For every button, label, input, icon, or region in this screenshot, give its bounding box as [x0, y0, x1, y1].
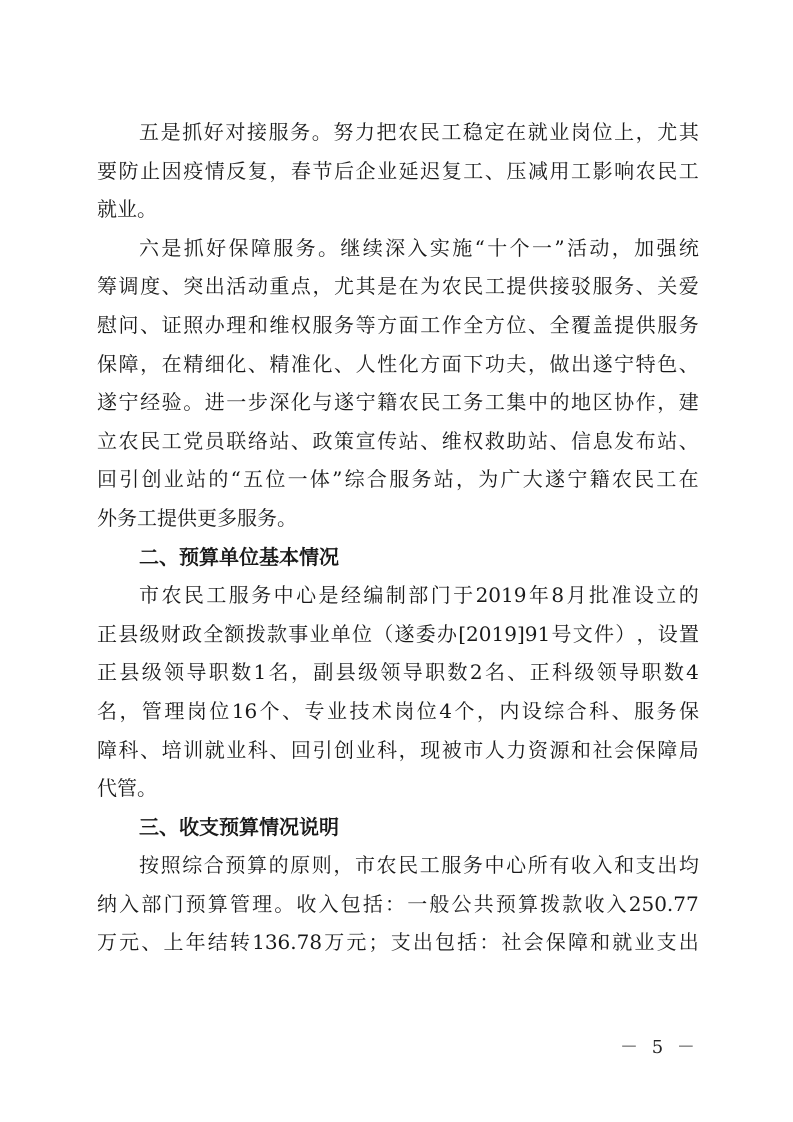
- section-heading-2: 二、预算单位基本情况: [97, 538, 699, 577]
- text-line: 名，管理岗位16个、专业技术岗位4个，内设综合科、服务保: [97, 692, 699, 731]
- paragraph-item-6-services-support: 六是抓好保障服务。继续深入实施“十个一”活动，加强统 筹调度、突出活动重点，尤其…: [97, 229, 699, 538]
- text-line: 市农民工服务中心是经编制部门于2019年8月批准设立的: [97, 576, 699, 615]
- text-line: 外务工提供更多服务。: [97, 499, 699, 538]
- text-line: 筹调度、突出活动重点，尤其是在为农民工提供接驳服务、关爱: [97, 267, 699, 306]
- text-line: 立农民工党员联络站、政策宣传站、维权救助站、信息发布站、: [97, 422, 699, 461]
- text-line: 万元、上年结转136.78万元；支出包括：社会保障和就业支出: [97, 923, 699, 962]
- section-heading-3: 三、收支预算情况说明: [97, 808, 699, 847]
- paragraph-item-5-services-connection: 五是抓好对接服务。努力把农民工稳定在就业岗位上，尤其 要防止因疫情反复，春节后企…: [97, 113, 699, 229]
- paragraph-unit-basic-info: 市农民工服务中心是经编制部门于2019年8月批准设立的 正县级财政全额拨款事业单…: [97, 576, 699, 808]
- text-line: 遂宁经验。进一步深化与遂宁籍农民工务工集中的地区协作，建: [97, 383, 699, 422]
- page-number: － 5 －: [620, 1033, 699, 1059]
- paragraph-budget-description: 按照综合预算的原则，市农民工服务中心所有收入和支出均 纳入部门预算管理。收入包括…: [97, 846, 699, 962]
- text-line: 代管。: [97, 769, 699, 808]
- text-line: 五是抓好对接服务。努力把农民工稳定在就业岗位上，尤其: [97, 113, 699, 152]
- text-line: 按照综合预算的原则，市农民工服务中心所有收入和支出均: [97, 846, 699, 885]
- text-line: 障科、培训就业科、回引创业科，现被市人力资源和社会保障局: [97, 731, 699, 770]
- text-line: 回引创业站的“五位一体”综合服务站，为广大遂宁籍农民工在: [97, 460, 699, 499]
- text-line: 六是抓好保障服务。继续深入实施“十个一”活动，加强统: [97, 229, 699, 268]
- text-line: 纳入部门预算管理。收入包括：一般公共预算拨款收入250.77: [97, 885, 699, 924]
- document-page: 五是抓好对接服务。努力把农民工稳定在就业岗位上，尤其 要防止因疫情反复，春节后企…: [97, 113, 699, 962]
- text-line: 慰问、证照办理和维权服务等方面工作全方位、全覆盖提供服务: [97, 306, 699, 345]
- text-line: 正县级财政全额拨款事业单位（遂委办[2019]91号文件），设置: [97, 615, 699, 654]
- text-line: 就业。: [97, 190, 699, 229]
- text-line: 保障，在精细化、精准化、人性化方面下功夫，做出遂宁特色、: [97, 345, 699, 384]
- text-line: 要防止因疫情反复，春节后企业延迟复工、压减用工影响农民工: [97, 152, 699, 191]
- text-line: 正县级领导职数1名，副县级领导职数2名、正科级领导职数4: [97, 653, 699, 692]
